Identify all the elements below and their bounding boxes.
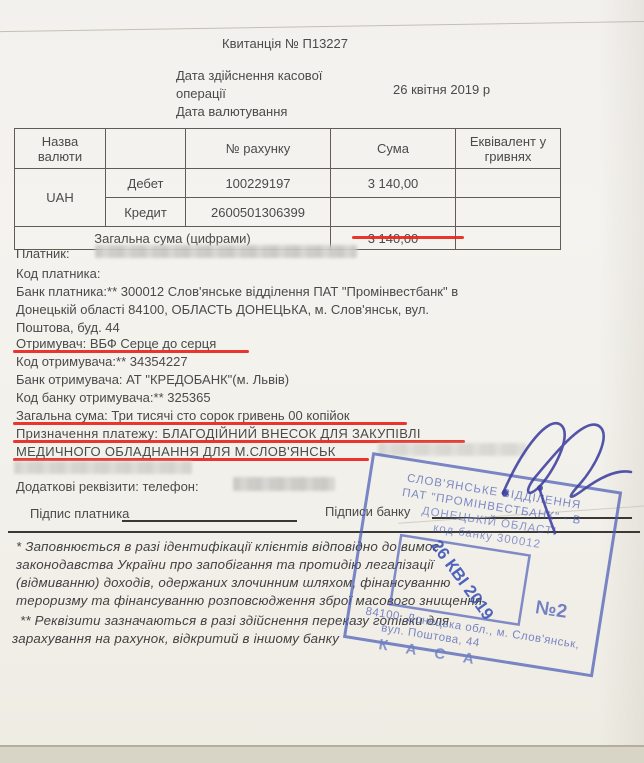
operation-date-value: 26 квітня 2019 р xyxy=(393,82,490,98)
credit-equivalent-cell xyxy=(456,198,561,227)
bank-signature-ink xyxy=(495,405,644,545)
col-header-account: № рахунку xyxy=(186,129,331,169)
payer-bank-line2: Донецькій області 84100, ОБЛАСТЬ ДОНЕЦЬК… xyxy=(16,302,429,318)
debit-sum-cell: 3 140,00 xyxy=(331,169,456,198)
operation-date-label-line1: Дата здійснення касової xyxy=(176,68,322,84)
debit-label-cell: Дебет xyxy=(106,169,186,198)
redaction-purpose-line3 xyxy=(14,461,192,474)
credit-label-cell: Кредит xyxy=(106,198,186,227)
signature-ink-blot xyxy=(502,490,509,497)
red-underline-total-sum xyxy=(352,236,464,239)
recipient-code-line: Код отримувача:** 34354227 xyxy=(16,354,188,370)
amounts-table: Назва валюти № рахунку Сума Еквівалент у… xyxy=(14,128,561,250)
signature-loops xyxy=(503,423,631,497)
red-underline-recipient xyxy=(13,350,249,353)
credit-sum-cell xyxy=(331,198,456,227)
extra-requisites-line: Додаткові реквізити: телефон: xyxy=(16,479,199,495)
payer-bank-line3: Поштова, буд. 44 xyxy=(16,320,120,336)
currency-cell: UAH xyxy=(15,169,106,227)
col-header-blank xyxy=(106,129,186,169)
photo-of-receipt: { "colors":{"accent_red":"#e8251d","stam… xyxy=(0,0,644,763)
stamp-number: №2 xyxy=(534,597,569,623)
payer-label: Платник: xyxy=(16,246,70,262)
redaction-payer-name xyxy=(95,245,357,258)
signature-ink-blot-2 xyxy=(537,485,543,491)
recipient-bank-code-line: Код банку отримувача:** 325365 xyxy=(16,390,211,406)
payer-signature-line xyxy=(122,520,297,522)
payer-code-label: Код платника: xyxy=(16,266,101,282)
operation-date-label-line2: операції xyxy=(176,86,226,102)
total-equivalent-cell xyxy=(456,227,561,250)
value-date-label: Дата валютування xyxy=(176,104,287,120)
red-underline-total-words xyxy=(13,422,407,425)
footnote2-line2: зарахування на рахунок, відкритий в іншо… xyxy=(12,631,339,647)
col-header-sum: Сума xyxy=(331,129,456,169)
debit-equivalent-cell xyxy=(456,169,561,198)
debit-account-cell: 100229197 xyxy=(186,169,331,198)
recipient-bank-line: Банк отримувача: АТ "КРЕДОБАНК"(м. Львів… xyxy=(16,372,289,388)
signature-tail xyxy=(539,487,555,533)
receipt-title: Квитанція № П13227 xyxy=(222,36,348,52)
col-header-equivalent: Еквівалент у гривнях xyxy=(456,129,561,169)
payer-bank-line1: Банк платника:** 300012 Слов'янське відд… xyxy=(16,284,458,300)
credit-account-cell: 2600501306399 xyxy=(186,198,331,227)
col-header-currency: Назва валюти xyxy=(15,129,106,169)
payer-signature-label: Підпис платника xyxy=(30,506,129,522)
